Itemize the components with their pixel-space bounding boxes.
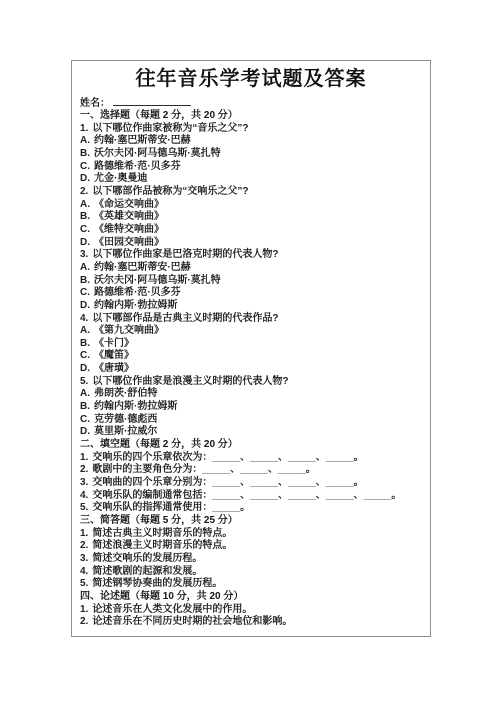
line-text: 交响乐队的编制通常包括：_____、_____、_____、_____、____… <box>92 490 401 501</box>
line-number: C. <box>80 350 90 361</box>
exam-line: 1.论述音乐在人类文化发展中的作用。 <box>80 604 422 617</box>
line-text: 以下哪位作曲家被称为“音乐之父”? <box>92 123 248 134</box>
line-number: C. <box>80 287 90 298</box>
exam-line: D.尤金·奥曼迪 <box>80 173 422 186</box>
line-number: 3. <box>80 477 88 488</box>
line-number: A. <box>80 262 90 273</box>
line-text: 约翰·塞巴斯蒂安·巴赫 <box>94 262 191 273</box>
exam-section: 四、论述题（每题 10 分，共 20 分）1.论述音乐在人类文化发展中的作用。2… <box>80 591 422 629</box>
line-number: A. <box>80 199 90 210</box>
exam-line: 4.以下哪部作品是古典主义时期的代表作品? <box>80 313 422 326</box>
line-text: 《卡门》 <box>94 338 134 349</box>
line-number: B. <box>80 338 90 349</box>
line-text: 约翰·塞巴斯蒂安·巴赫 <box>94 135 191 146</box>
section-heading: 一、选择题（每题 2 分，共 20 分） <box>80 110 422 123</box>
exam-line: 2.以下哪部作品被称为“交响乐之父”? <box>80 186 422 199</box>
line-text: 弗朗茨·舒伯特 <box>94 388 157 399</box>
line-number: 1. <box>80 604 88 615</box>
line-number: B. <box>80 275 90 286</box>
exam-line: B.沃尔夫冈·阿马德乌斯·莫扎特 <box>80 275 422 288</box>
line-text: 《魔笛》 <box>94 350 134 361</box>
exam-line: 1.简述古典主义时期音乐的特点。 <box>80 528 422 541</box>
exam-line: A.约翰·塞巴斯蒂安·巴赫 <box>80 135 422 148</box>
line-text: 约翰内斯·勃拉姆斯 <box>94 300 177 311</box>
line-number: 2. <box>80 464 88 475</box>
line-text: 《维特交响曲》 <box>94 224 164 235</box>
line-number: 5. <box>80 502 88 513</box>
line-number: D. <box>80 363 90 374</box>
exam-line: 1.交响乐的四个乐章依次为：_____、_____、_____、_____。 <box>80 452 422 465</box>
exam-line: 1.以下哪位作曲家被称为“音乐之父”? <box>80 123 422 136</box>
line-number: 2. <box>80 616 88 627</box>
line-number: D. <box>80 426 90 437</box>
line-text: 交响乐的四个乐章依次为：_____、_____、_____、_____。 <box>92 452 363 463</box>
section-heading: 二、填空题（每题 2 分，共 20 分） <box>80 439 422 452</box>
exam-line: A.《命运交响曲》 <box>80 199 422 212</box>
exam-line: D.《田园交响曲》 <box>80 237 422 250</box>
line-number: 3. <box>80 249 88 260</box>
line-text: 约翰内斯·勃拉姆斯 <box>94 401 177 412</box>
exam-line: B.《卡门》 <box>80 338 422 351</box>
exam-line: 3.简述交响乐的发展历程。 <box>80 553 422 566</box>
line-text: 论述音乐在不同历史时期的社会地位和影响。 <box>92 616 292 627</box>
exam-body: 一、选择题（每题 2 分，共 20 分）1.以下哪位作曲家被称为“音乐之父”?A… <box>80 110 422 629</box>
line-text: 《英雄交响曲》 <box>94 211 164 222</box>
line-text: 沃尔夫冈·阿马德乌斯·莫扎特 <box>94 148 221 159</box>
line-number: 1. <box>80 528 88 539</box>
line-text: 《田园交响曲》 <box>94 237 164 248</box>
line-number: 2. <box>80 540 88 551</box>
name-label: 姓名： <box>80 98 110 109</box>
exam-line: 3.以下哪位作曲家是巴洛克时期的代表人物? <box>80 249 422 262</box>
line-number: C. <box>80 224 90 235</box>
exam-line: B.约翰内斯·勃拉姆斯 <box>80 401 422 414</box>
exam-line: D.莫里斯·拉威尔 <box>80 426 422 439</box>
exam-line: 2.论述音乐在不同历史时期的社会地位和影响。 <box>80 616 422 629</box>
exam-line: A.《第九交响曲》 <box>80 325 422 338</box>
line-text: 交响乐队的指挥通常使用：_____。 <box>92 502 250 513</box>
line-text: 以下哪位作曲家是浪漫主义时期的代表人物? <box>92 376 288 387</box>
line-text: 简述交响乐的发展历程。 <box>92 553 202 564</box>
line-number: A. <box>80 325 90 336</box>
line-number: 1. <box>80 123 88 134</box>
line-text: 路德维希·范·贝多芬 <box>94 287 181 298</box>
line-number: 5. <box>80 376 88 387</box>
exam-line: C.路德维希·范·贝多芬 <box>80 161 422 174</box>
exam-line: 2.歌剧中的主要角色分为：_____、_____、_____。 <box>80 464 422 477</box>
line-number: C. <box>80 161 90 172</box>
line-text: 沃尔夫冈·阿马德乌斯·莫扎特 <box>94 275 221 286</box>
line-text: 简述古典主义时期音乐的特点。 <box>92 528 232 539</box>
line-number: B. <box>80 148 90 159</box>
exam-line: D.《唐璜》 <box>80 363 422 376</box>
page-background: 往年音乐学考试题及答案 姓名： 一、选择题（每题 2 分，共 20 分）1.以下… <box>0 0 500 707</box>
line-text: 《命运交响曲》 <box>94 199 164 210</box>
exam-line: D.约翰内斯·勃拉姆斯 <box>80 300 422 313</box>
line-text: 歌剧中的主要角色分为：_____、_____、_____。 <box>92 464 315 475</box>
exam-line: C.克劳德·德彪西 <box>80 414 422 427</box>
line-text: 莫里斯·拉威尔 <box>94 426 157 437</box>
line-text: 以下哪位作曲家是巴洛克时期的代表人物? <box>92 249 278 260</box>
line-number: D. <box>80 300 90 311</box>
line-text: 简述浪漫主义时期音乐的特点。 <box>92 540 232 551</box>
exam-line: B.《英雄交响曲》 <box>80 211 422 224</box>
line-number: B. <box>80 211 90 222</box>
line-number: 1. <box>80 452 88 463</box>
name-row: 姓名： <box>80 95 422 110</box>
line-number: A. <box>80 388 90 399</box>
document-title: 往年音乐学考试题及答案 <box>80 66 422 93</box>
exam-line: 4.交响乐队的编制通常包括：_____、_____、_____、_____、__… <box>80 490 422 503</box>
line-text: 路德维希·范·贝多芬 <box>94 161 181 172</box>
exam-line: 4.简述歌剧的起源和发展。 <box>80 566 422 579</box>
line-number: 4. <box>80 566 88 577</box>
exam-line: B.沃尔夫冈·阿马德乌斯·莫扎特 <box>80 148 422 161</box>
line-number: 2. <box>80 186 88 197</box>
exam-line: 2.简述浪漫主义时期音乐的特点。 <box>80 540 422 553</box>
exam-line: C.《魔笛》 <box>80 350 422 363</box>
exam-line: 5.以下哪位作曲家是浪漫主义时期的代表人物? <box>80 376 422 389</box>
section-heading: 四、论述题（每题 10 分，共 20 分） <box>80 591 422 604</box>
line-number: B. <box>80 401 90 412</box>
line-text: 简述歌剧的起源和发展。 <box>92 566 202 577</box>
line-number: D. <box>80 173 90 184</box>
line-text: 以下哪部作品被称为“交响乐之父”? <box>92 186 248 197</box>
exam-section: 二、填空题（每题 2 分，共 20 分）1.交响乐的四个乐章依次为：_____、… <box>80 439 422 515</box>
line-text: 论述音乐在人类文化发展中的作用。 <box>92 604 252 615</box>
exam-section: 三、简答题（每题 5 分，共 25 分）1.简述古典主义时期音乐的特点。2.简述… <box>80 515 422 591</box>
line-number: 4. <box>80 490 88 501</box>
line-number: 4. <box>80 313 88 324</box>
line-text: 《第九交响曲》 <box>94 325 164 336</box>
exam-section: 一、选择题（每题 2 分，共 20 分）1.以下哪位作曲家被称为“音乐之父”?A… <box>80 110 422 439</box>
exam-line: A.弗朗茨·舒伯特 <box>80 388 422 401</box>
line-number: 3. <box>80 553 88 564</box>
exam-line: 5.交响乐队的指挥通常使用：_____。 <box>80 502 422 515</box>
exam-line: C.路德维希·范·贝多芬 <box>80 287 422 300</box>
line-number: A. <box>80 135 90 146</box>
name-blank-line[interactable] <box>113 95 191 106</box>
line-text: 简述钢琴协奏曲的发展历程。 <box>92 578 222 589</box>
line-text: 以下哪部作品是古典主义时期的代表作品? <box>92 313 278 324</box>
exam-sheet: 往年音乐学考试题及答案 姓名： 一、选择题（每题 2 分，共 20 分）1.以下… <box>71 60 431 637</box>
exam-line: 5.简述钢琴协奏曲的发展历程。 <box>80 578 422 591</box>
exam-line: C.《维特交响曲》 <box>80 224 422 237</box>
exam-line: 3.交响曲的四个乐章分别为：_____、_____、_____、_____。 <box>80 477 422 490</box>
section-heading: 三、简答题（每题 5 分，共 25 分） <box>80 515 422 528</box>
line-number: 5. <box>80 578 88 589</box>
line-text: 克劳德·德彪西 <box>94 414 157 425</box>
line-text: 尤金·奥曼迪 <box>94 173 147 184</box>
line-text: 《唐璜》 <box>94 363 134 374</box>
line-number: C. <box>80 414 90 425</box>
line-number: D. <box>80 237 90 248</box>
exam-line: A.约翰·塞巴斯蒂安·巴赫 <box>80 262 422 275</box>
line-text: 交响曲的四个乐章分别为：_____、_____、_____、_____。 <box>92 477 363 488</box>
